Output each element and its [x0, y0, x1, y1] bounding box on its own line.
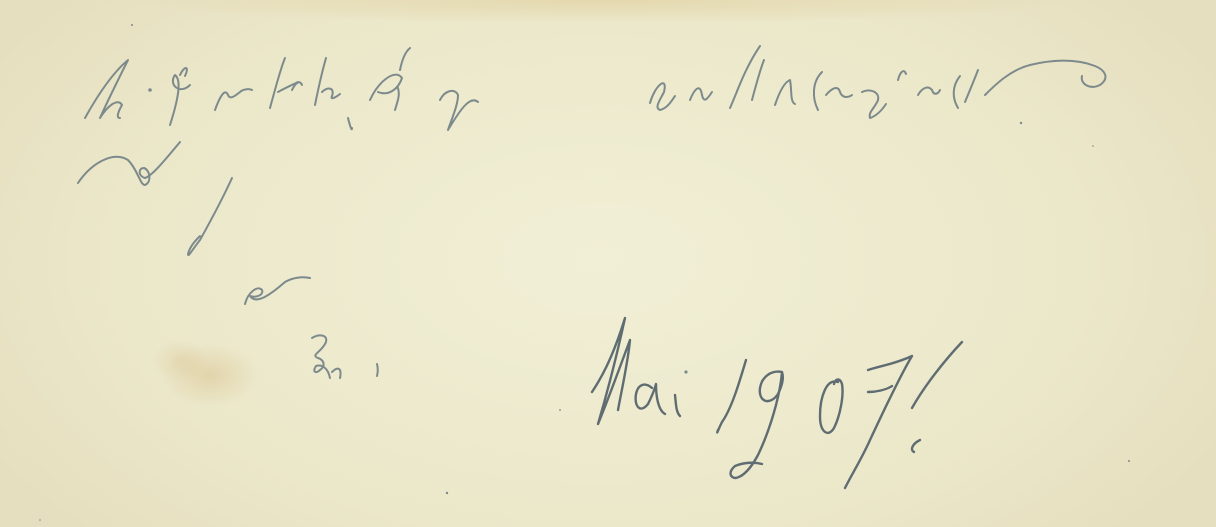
shorthand-line-1b [650, 46, 1105, 124]
shorthand-line-1 [85, 48, 478, 130]
date-signature [592, 318, 962, 488]
document-page: [shorthand, illegible] [shorthand, illeg… [0, 0, 1216, 527]
handwriting-strokes [0, 0, 1216, 527]
shorthand-line-2 [78, 142, 180, 185]
shorthand-line-5 [312, 335, 378, 378]
shorthand-line-4 [245, 277, 310, 304]
shorthand-line-3 [188, 178, 232, 255]
